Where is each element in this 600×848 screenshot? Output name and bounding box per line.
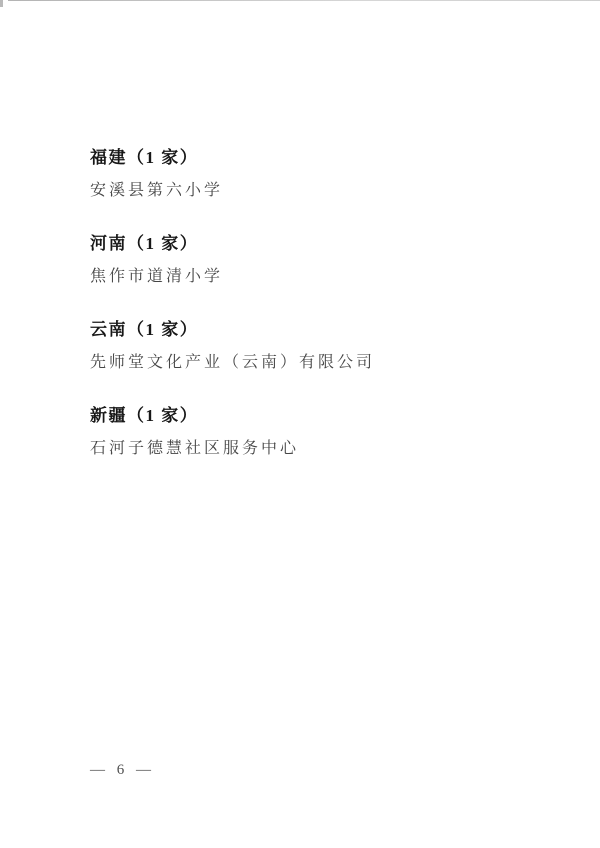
province-heading: 云南（1 家） xyxy=(90,320,560,340)
organization-name: 安溪县第六小学 xyxy=(90,181,560,201)
province-name: 福建 xyxy=(90,148,127,167)
province-section-xinjiang: 新疆（1 家） 石河子德慧社区服务中心 xyxy=(90,406,560,459)
province-section-yunnan: 云南（1 家） 先师堂文化产业（云南）有限公司 xyxy=(90,320,560,373)
province-heading: 河南（1 家） xyxy=(90,234,560,254)
province-count: （1 家） xyxy=(127,406,198,425)
page-number: — 6 — xyxy=(90,762,155,779)
province-section-fujian: 福建（1 家） 安溪县第六小学 xyxy=(90,148,560,201)
province-count: （1 家） xyxy=(127,148,198,167)
scan-artifact-corner-mark xyxy=(0,0,3,7)
province-section-henan: 河南（1 家） 焦作市道清小学 xyxy=(90,234,560,287)
organization-name: 先师堂文化产业（云南）有限公司 xyxy=(90,353,560,373)
province-name: 河南 xyxy=(90,234,127,253)
scan-artifact-top-line xyxy=(8,0,600,1)
document-page: 福建（1 家） 安溪县第六小学 河南（1 家） 焦作市道清小学 云南（1 家） … xyxy=(0,0,600,848)
organization-name: 石河子德慧社区服务中心 xyxy=(90,439,560,459)
document-body: 福建（1 家） 安溪县第六小学 河南（1 家） 焦作市道清小学 云南（1 家） … xyxy=(90,148,560,492)
province-heading: 福建（1 家） xyxy=(90,148,560,168)
province-name: 云南 xyxy=(90,320,127,339)
province-heading: 新疆（1 家） xyxy=(90,406,560,426)
province-count: （1 家） xyxy=(127,234,198,253)
province-count: （1 家） xyxy=(127,320,198,339)
organization-name: 焦作市道清小学 xyxy=(90,267,560,287)
province-name: 新疆 xyxy=(90,406,127,425)
